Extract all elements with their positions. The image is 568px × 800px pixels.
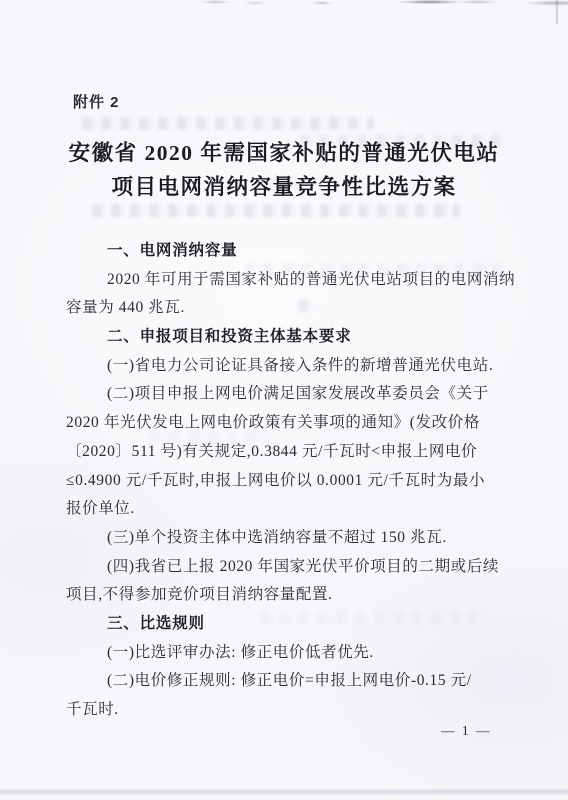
body-line: (一)比选评审办法: 修正电价低者优先. [66, 639, 512, 668]
scanned-document-page: 附件 2 安徽省 2020 年需国家补贴的普通光伏电站 项目电网消纳容量竞争性比… [0, 0, 568, 800]
bleed-through-artifact [92, 204, 460, 217]
section-heading-3: 三、比选规则 [66, 610, 512, 639]
scan-edge-shadow-bottom [0, 788, 568, 796]
document-body: 一、电网消纳容量 2020 年可用于需国家补贴的普通光伏电站项目的电网消纳 容量… [66, 237, 512, 725]
page-number: — 1 — [441, 723, 492, 739]
body-line: 项目,不得参加竞价项目消纳容量配置. [66, 581, 512, 610]
document-title: 安徽省 2020 年需国家补贴的普通光伏电站 项目电网消纳容量竞争性比选方案 [0, 136, 568, 204]
section-heading-2: 二、申报项目和投资主体基本要求 [66, 323, 512, 352]
body-line: 2020 年光伏发电上网电价政策有关事项的通知》(发改价格 [66, 409, 512, 438]
body-line: (四)我省已上报 2020 年国家光伏平价项目的二期或后续 [66, 553, 512, 582]
document-title-line-2: 项目电网消纳容量竞争性比选方案 [0, 170, 568, 204]
attachment-label: 附件 2 [73, 91, 120, 112]
body-line: (一)省电力公司论证具备接入条件的新增普通光伏电站. [66, 352, 512, 381]
body-line: 容量为 440 兆瓦. [66, 294, 512, 323]
scan-edge-smudge-top [0, 0, 568, 9]
section-heading-1: 一、电网消纳容量 [66, 237, 512, 266]
body-line: 〔2020〕511 号)有关规定,0.3844 元/千瓦时<申报上网电价 [66, 438, 512, 467]
body-line: 报价单位. [66, 495, 512, 524]
body-line: (二)电价修正规则: 修正电价=申报上网电价-0.15 元/ [66, 667, 512, 696]
body-line: 2020 年可用于需国家补贴的普通光伏电站项目的电网消纳 [66, 266, 512, 295]
body-line: 千瓦时. [66, 696, 512, 725]
document-title-line-1: 安徽省 2020 年需国家补贴的普通光伏电站 [0, 136, 568, 170]
body-line: (二)项目申报上网电价满足国家发展改革委员会《关于 [66, 380, 512, 409]
bleed-through-artifact [82, 117, 374, 130]
body-line: (三)单个投资主体中选消纳容量不超过 150 兆瓦. [66, 524, 512, 553]
scan-edge-line-right [556, 0, 558, 24]
body-line: ≤0.4900 元/千瓦时,申报上网电价以 0.0001 元/千瓦时为最小 [66, 467, 512, 496]
